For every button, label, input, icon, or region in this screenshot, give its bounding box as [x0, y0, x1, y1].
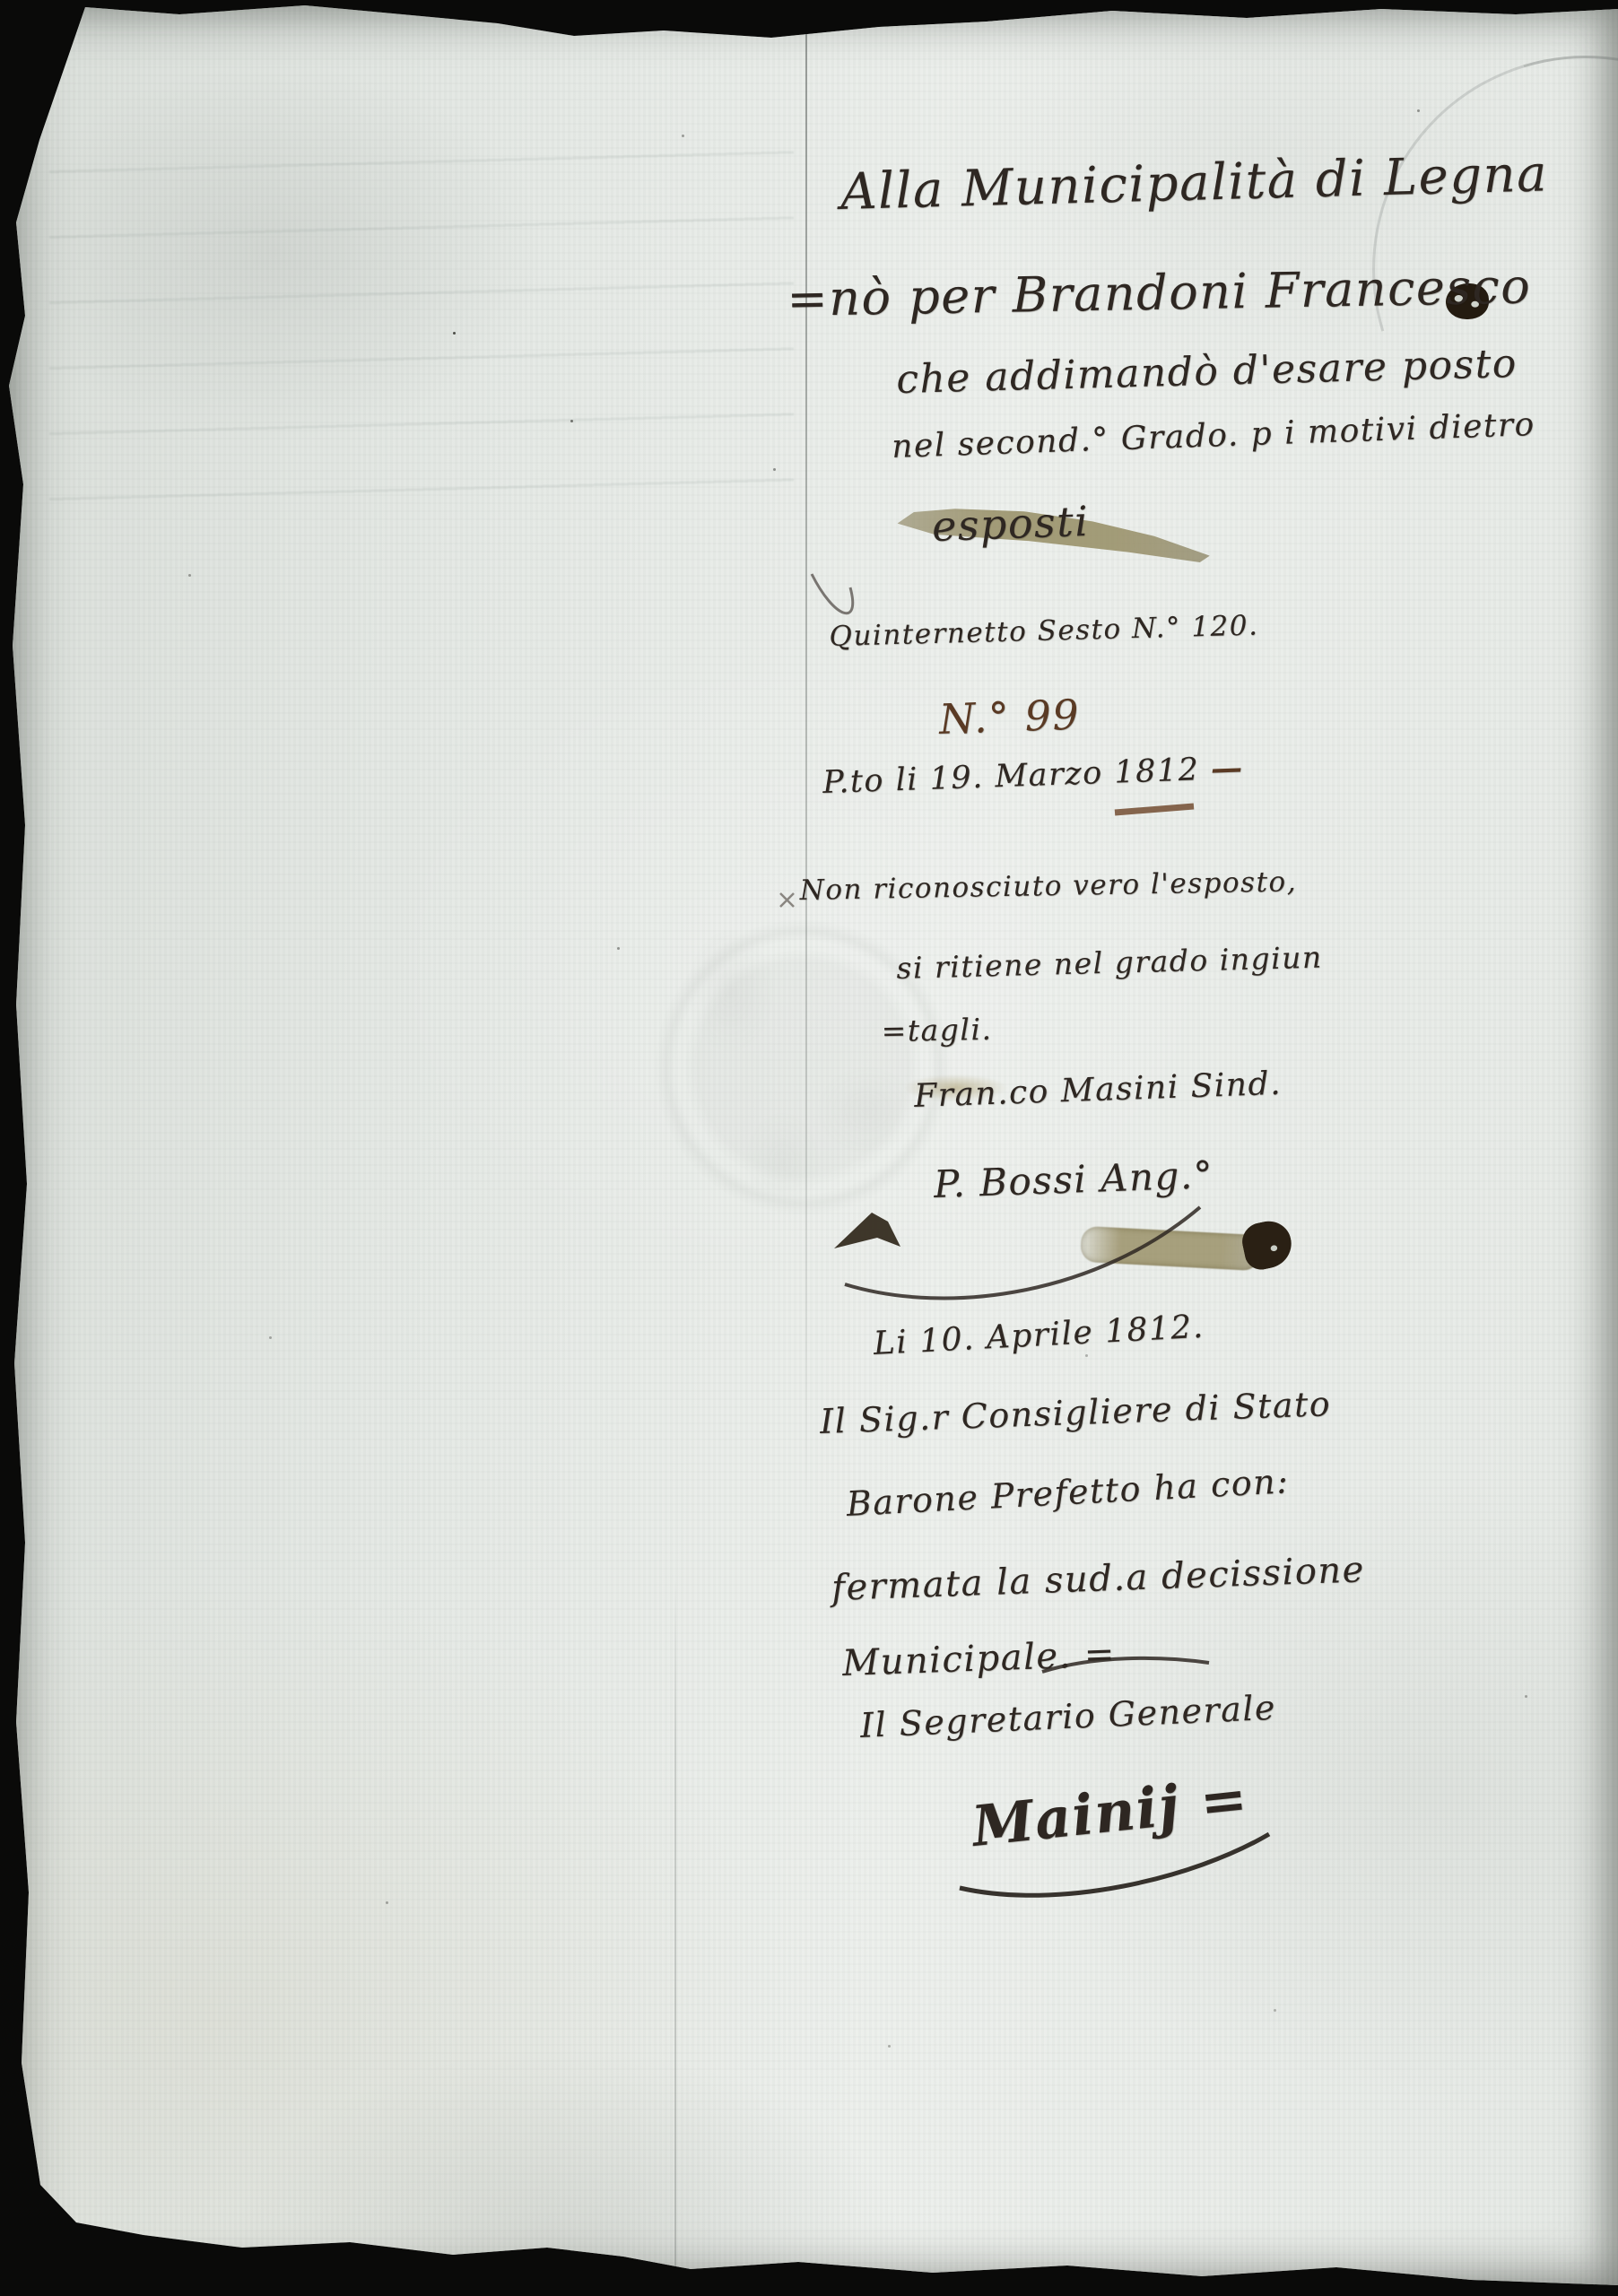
ink-blot-after-bossi — [1239, 1217, 1296, 1273]
line-date-aprile: Li 10. Aprile 1812. — [873, 1309, 1205, 1362]
date-marzo-text: P.to li 19. Marzo 1812 — [822, 752, 1200, 801]
line-decision-1: Non riconosciuto vero l'esposto, — [799, 865, 1297, 907]
line-address-3: che addimandò d'esare posto — [896, 341, 1518, 403]
caret-mark — [834, 1213, 900, 1248]
scanned-manuscript-page: Alla Municipalità di Legna =nò per Brand… — [0, 0, 1618, 2296]
line-decision-3: =tagli. — [881, 1012, 992, 1048]
line-confirmation-1: Il Sig.r Consigliere di Stato — [819, 1384, 1331, 1441]
line-confirmation-2: Barone Prefetto ha con: — [846, 1461, 1291, 1524]
line-address-2: =nò per Brandoni Francesco — [787, 258, 1532, 327]
line-registry-quinternetto: Quinternetto Sesto N.° 120. — [829, 609, 1259, 653]
line-address-4: nel second.° Grado. p i motivi dietro — [892, 406, 1536, 465]
embossed-watermark — [601, 852, 1005, 1283]
paper-specks — [0, 0, 3, 3]
date-marzo-dash: — — [1210, 750, 1244, 787]
line-confirmation-4: Municipale. = — [841, 1633, 1116, 1684]
ink-smear-under-bossi — [1080, 1226, 1261, 1271]
line-registry-number: N.° 99 — [938, 691, 1081, 744]
line-date-marzo: P.to li 19. Marzo 1812 — — [822, 750, 1245, 801]
line-address-1: Alla Municipalità di Legna — [839, 144, 1548, 222]
esposti-tail-stroke — [812, 574, 853, 613]
line-segretario-title: Il Segretario Generale — [859, 1688, 1277, 1745]
verso-showthrough-lines — [49, 108, 794, 529]
line-confirmation-3: fermata la sud.a decissione — [831, 1549, 1365, 1609]
signature-segretario: Mainij = — [969, 1765, 1251, 1859]
small-x-scribble — [780, 893, 794, 907]
line-address-5: esposti — [931, 497, 1090, 551]
paper-sheet: Alla Municipalità di Legna =nò per Brand… — [0, 0, 1618, 2296]
vertical-fold-crease — [805, 30, 807, 1519]
signature-bossi: P. Bossi Ang.° — [933, 1152, 1214, 1206]
lower-fold-crease — [674, 1578, 676, 2278]
line-decision-2: si ritiene nel grado ingiun — [896, 940, 1323, 986]
bossi-flourish-stroke — [845, 1207, 1200, 1298]
signature-sindaco: Fran.co Masini Sind. — [914, 1065, 1283, 1115]
marzo-date-dash — [1115, 806, 1194, 813]
